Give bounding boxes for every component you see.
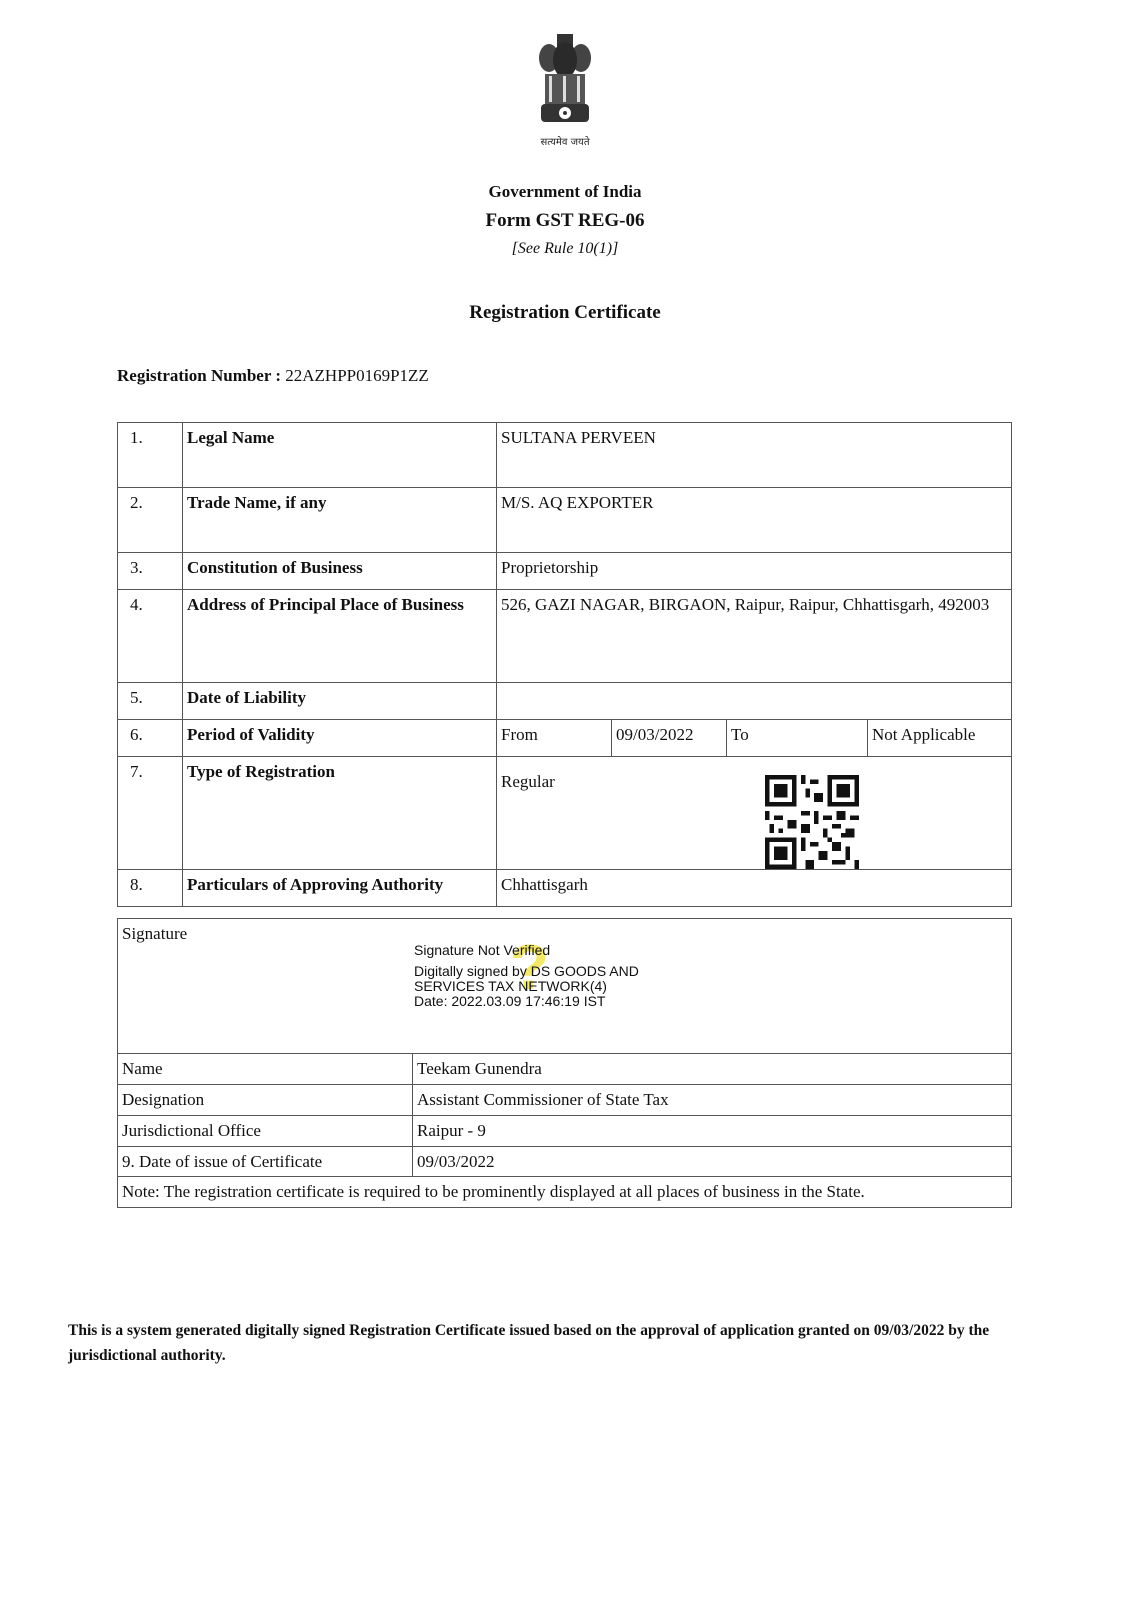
table-row: 2. Trade Name, if any M/S. AQ EXPORTER bbox=[118, 488, 1012, 553]
table-row: 3. Constitution of Business Proprietorsh… bbox=[118, 553, 1012, 590]
table-row: 8. Particulars of Approving Authority Ch… bbox=[118, 870, 1012, 907]
row-number: 6. bbox=[118, 720, 183, 757]
digital-signature-block[interactable]: Signature Not Verified Digitally signed … bbox=[414, 943, 639, 1009]
table-row: Designation Assistant Commissioner of St… bbox=[118, 1084, 1012, 1115]
authority-name-value: Teekam Gunendra bbox=[413, 1054, 1012, 1085]
national-emblem: सत्यमेव जयते bbox=[520, 30, 610, 160]
row-label: Address of Principal Place of Business bbox=[183, 590, 497, 683]
display-note: Note: The registration certificate is re… bbox=[118, 1177, 1012, 1208]
row-label: Trade Name, if any bbox=[183, 488, 497, 553]
validity-from-label: From bbox=[497, 720, 612, 757]
row-label: Constitution of Business bbox=[183, 553, 497, 590]
constitution-value: Proprietorship bbox=[497, 553, 1012, 590]
row-label: Period of Validity bbox=[183, 720, 497, 757]
table-row: 7. Type of Registration Regular bbox=[118, 757, 1012, 870]
signature-row: Signature ? Signature Not Verified Digit… bbox=[118, 919, 1012, 1054]
trade-name-value: M/S. AQ EXPORTER bbox=[497, 488, 1012, 553]
jurisdictional-office-value: Raipur - 9 bbox=[413, 1115, 1012, 1146]
registration-number-label: Registration Number : bbox=[117, 366, 281, 385]
table-row: Jurisdictional Office Raipur - 9 bbox=[118, 1115, 1012, 1146]
signed-by-line-2: SERVICES TAX NETWORK(4) bbox=[414, 979, 639, 994]
signature-status: Signature Not Verified bbox=[414, 943, 639, 958]
authority-label: 9. Date of issue of Certificate bbox=[118, 1146, 413, 1177]
row-number: 5. bbox=[118, 683, 183, 720]
row-number: 2. bbox=[118, 488, 183, 553]
issue-date-value: 09/03/2022 bbox=[413, 1146, 1012, 1177]
motto: सत्यमेव जयते bbox=[520, 134, 610, 148]
signature-cell: Signature ? Signature Not Verified Digit… bbox=[118, 919, 1012, 1054]
registration-number: Registration Number : 22AZHPP0169P1ZZ bbox=[117, 366, 429, 386]
row-number: 3. bbox=[118, 553, 183, 590]
row-number: 7. bbox=[118, 757, 183, 870]
form-heading: Form GST REG-06 bbox=[0, 210, 1130, 232]
date-of-liability-value bbox=[497, 683, 1012, 720]
government-heading: Government of India bbox=[0, 182, 1130, 202]
certificate-title: Registration Certificate bbox=[0, 302, 1130, 324]
authority-label: Jurisdictional Office bbox=[118, 1115, 413, 1146]
table-row: Note: The registration certificate is re… bbox=[118, 1177, 1012, 1208]
table-row: 5. Date of Liability bbox=[118, 683, 1012, 720]
validity-from-value: 09/03/2022 bbox=[612, 720, 727, 757]
registration-details-table: 1. Legal Name SULTANA PERVEEN 2. Trade N… bbox=[117, 422, 1012, 907]
row-number: 8. bbox=[118, 870, 183, 907]
address-value: 526, GAZI NAGAR, BIRGAON, Raipur, Raipur… bbox=[497, 590, 1012, 683]
signature-label: Signature bbox=[122, 924, 187, 943]
validity-to-value: Not Applicable bbox=[868, 720, 1012, 757]
system-generated-footer: This is a system generated digitally sig… bbox=[68, 1318, 1068, 1368]
signature-date: Date: 2022.03.09 17:46:19 IST bbox=[414, 994, 639, 1009]
approving-authority-value: Chhattisgarh bbox=[497, 870, 1012, 907]
table-row: 4. Address of Principal Place of Busines… bbox=[118, 590, 1012, 683]
table-row: 9. Date of issue of Certificate 09/03/20… bbox=[118, 1146, 1012, 1177]
registration-number-value: 22AZHPP0169P1ZZ bbox=[285, 366, 429, 385]
authority-label: Designation bbox=[118, 1084, 413, 1115]
authority-label: Name bbox=[118, 1054, 413, 1085]
table-row: Name Teekam Gunendra bbox=[118, 1054, 1012, 1085]
rule-reference: [See Rule 10(1)] bbox=[0, 240, 1130, 258]
row-label: Legal Name bbox=[183, 423, 497, 488]
row-number: 1. bbox=[118, 423, 183, 488]
row-number: 4. bbox=[118, 590, 183, 683]
qr-code-icon bbox=[765, 775, 859, 869]
designation-value: Assistant Commissioner of State Tax bbox=[413, 1084, 1012, 1115]
national-emblem-icon bbox=[535, 30, 595, 130]
registration-type-value: Regular bbox=[497, 757, 1012, 870]
row-label: Particulars of Approving Authority bbox=[183, 870, 497, 907]
signed-by-line-1: Digitally signed by DS GOODS AND bbox=[414, 964, 639, 979]
validity-to-label: To bbox=[727, 720, 868, 757]
legal-name-value: SULTANA PERVEEN bbox=[497, 423, 1012, 488]
row-label: Date of Liability bbox=[183, 683, 497, 720]
row-label: Type of Registration bbox=[183, 757, 497, 870]
signature-table: Signature ? Signature Not Verified Digit… bbox=[117, 918, 1012, 1208]
table-row: 1. Legal Name SULTANA PERVEEN bbox=[118, 423, 1012, 488]
table-row: 6. Period of Validity From 09/03/2022 To… bbox=[118, 720, 1012, 757]
